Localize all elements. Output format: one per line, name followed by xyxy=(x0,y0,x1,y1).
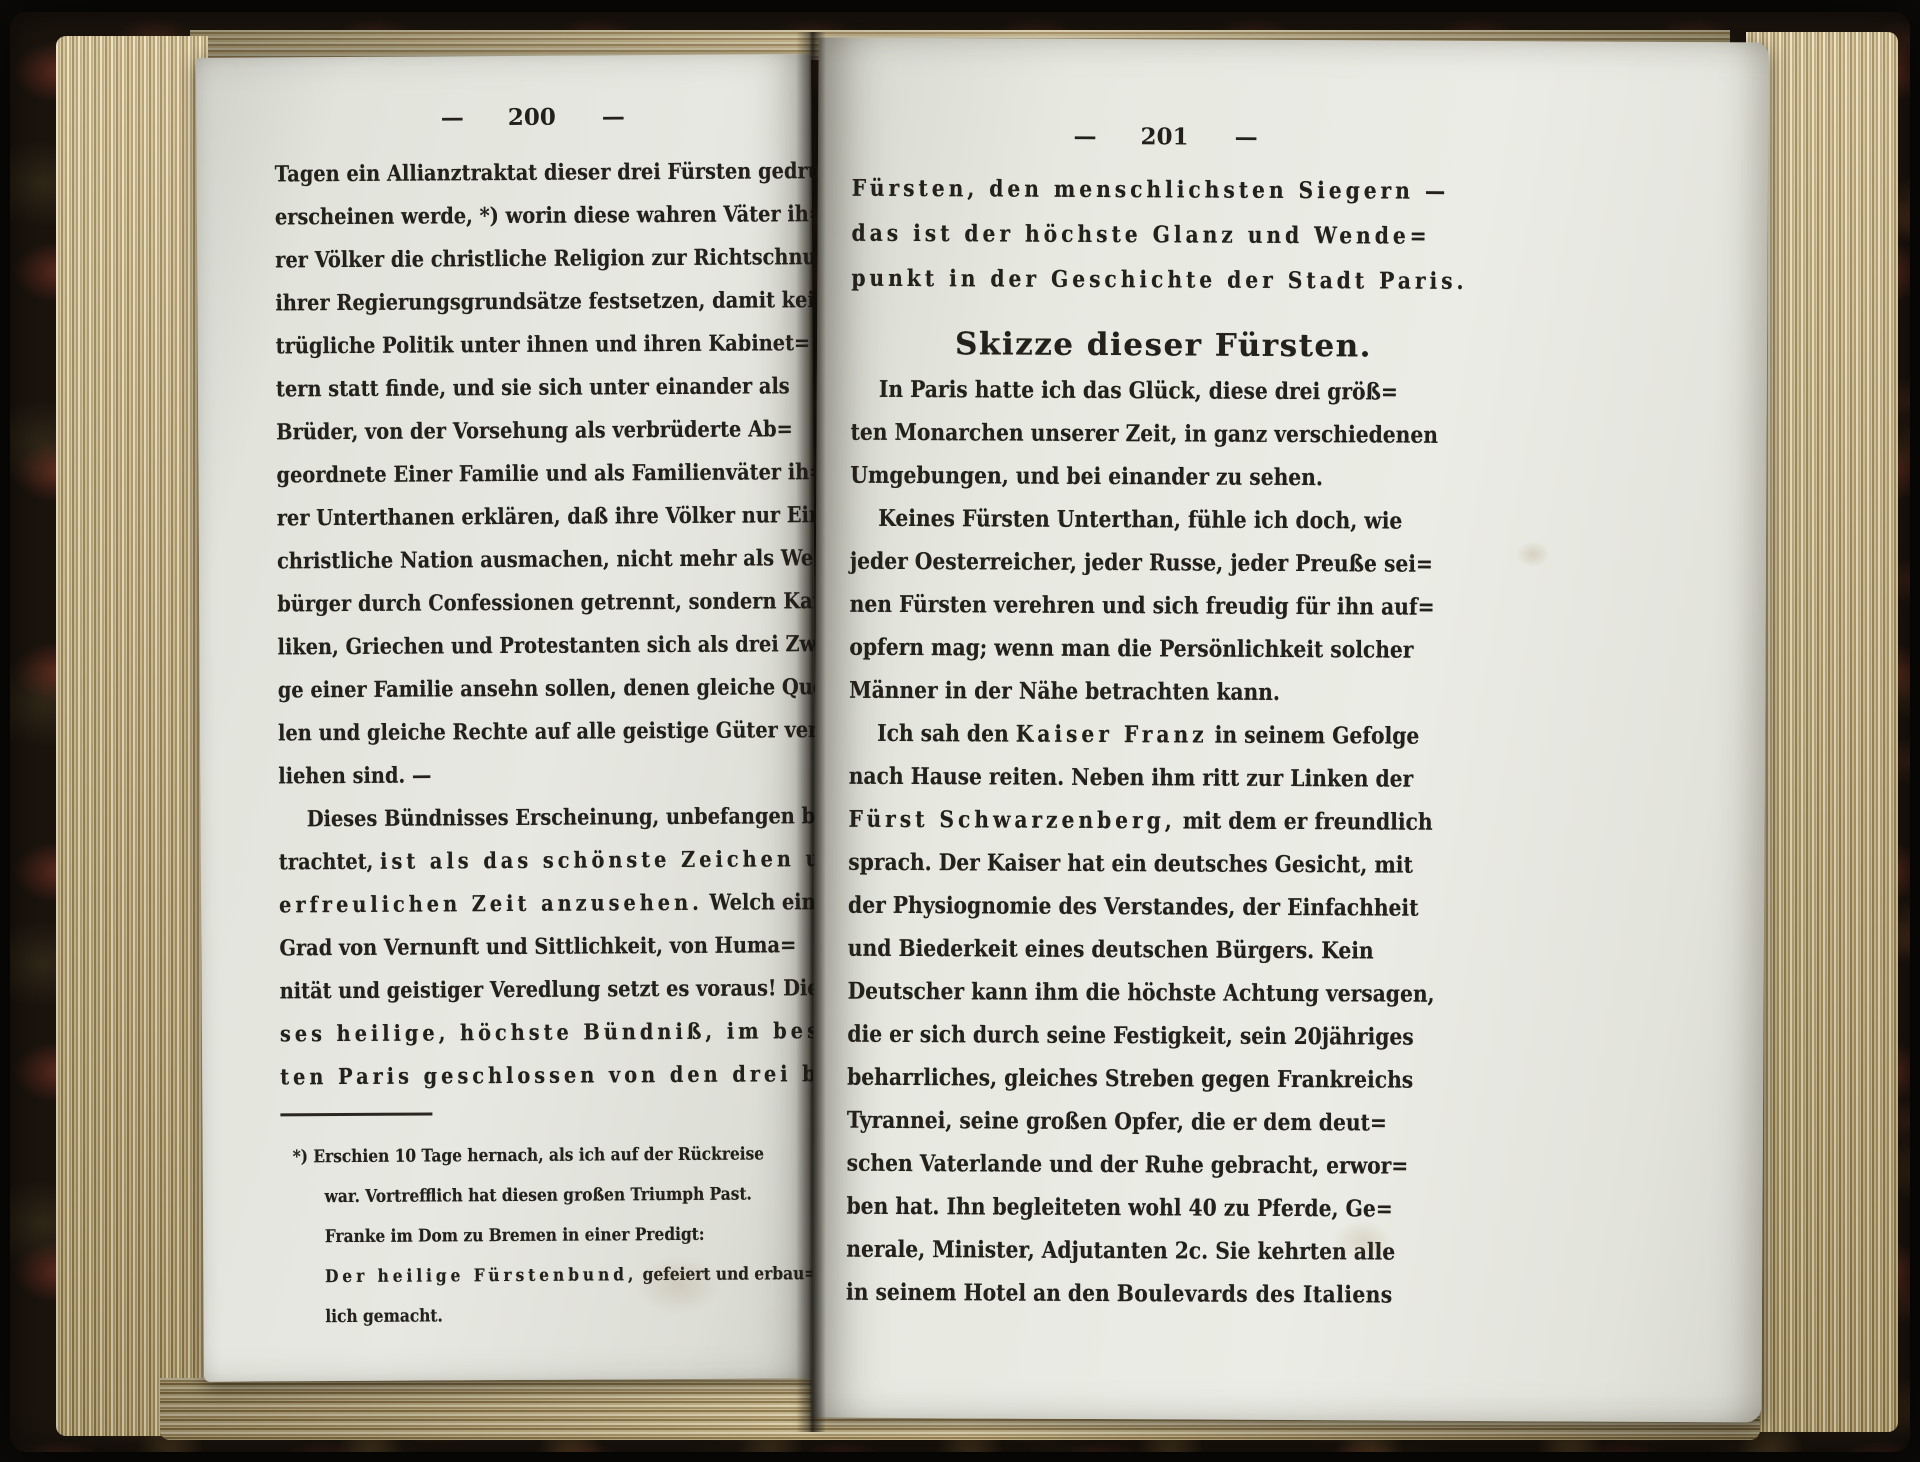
text-segment: Dieses Bündnisses Erscheinung, unbefange… xyxy=(307,803,844,832)
text-segment: gefeiert und erbau= xyxy=(637,1264,817,1285)
left-page-footnote: *) Erschien 10 Tage hernach, als ich auf… xyxy=(293,1134,780,1337)
header-dash: — xyxy=(1235,124,1256,151)
text-segment: trachtet, xyxy=(279,849,380,876)
text-segment: len und gleiche Rechte auf alle geistige… xyxy=(278,717,835,746)
text-segment: tern statt finde, und sie sich unter ein… xyxy=(276,373,790,402)
page-edges-left xyxy=(56,36,208,1436)
text-line: erfreulichen Zeit anzusehen. Welch einen xyxy=(279,882,732,928)
paper-stain xyxy=(1516,541,1550,567)
text-line: punkt in der Geschichte der Stadt Paris. xyxy=(851,256,1401,304)
right-page-header: — 201 — xyxy=(852,122,1477,152)
text-line: Der heilige Fürstenbund, gefeiert und er… xyxy=(293,1255,721,1298)
right-page-number: 201 xyxy=(1141,123,1189,150)
text-segment: liken, Griechen und Protestanten sich al… xyxy=(277,631,852,661)
text-segment: erfreulichen Zeit anzusehen. xyxy=(279,890,703,919)
text-segment: Ich sah den xyxy=(877,720,1016,748)
text-segment: in seinem Gefolge xyxy=(1208,722,1420,750)
text-line: tern statt finde, und sie sich unter ein… xyxy=(276,366,729,412)
text-segment: Männer in der Nähe betrachten kann. xyxy=(849,677,1280,706)
text-line: rer Unterthanen erklären, daß ihre Völke… xyxy=(277,495,730,541)
text-segment: bürger durch Confessionen getrennt, sond… xyxy=(277,588,865,618)
text-segment: erscheinen werde, *) worin diese wahren … xyxy=(275,201,825,230)
text-segment: ten Monarchen unserer Zeit, in ganz vers… xyxy=(850,419,1438,449)
left-page-body: Tagen ein Allianztraktat dieser drei Für… xyxy=(275,150,796,1099)
text-segment: war. Vortrefflich hat diesen großen Triu… xyxy=(325,1185,752,1208)
text-segment: Grad von Vernunft und Sittlichkeit, von … xyxy=(279,932,796,961)
text-segment: rer Unterthanen erklären, daß ihre Völke… xyxy=(277,502,836,531)
text-line: die er sich durch seine Festigkeit, sein… xyxy=(847,1013,1397,1059)
text-line: ge einer Familie ansehn sollen, denen gl… xyxy=(278,667,731,713)
text-line: Fürst Schwarzenberg, mit dem er freundli… xyxy=(848,798,1398,844)
text-line: in seinem Hotel an den Boulevards des It… xyxy=(846,1271,1396,1317)
text-segment: Kaiser Franz xyxy=(1016,721,1208,749)
text-line: nen Fürsten verehren und sich freudig fü… xyxy=(850,583,1400,629)
text-line: ten Paris geschlossen von den drei beste… xyxy=(280,1054,733,1100)
text-line: Dieses Bündnisses Erscheinung, unbefange… xyxy=(278,796,731,842)
text-line: Franke im Dom zu Bremen in einer Predigt… xyxy=(293,1215,721,1258)
header-dash: — xyxy=(1074,123,1095,150)
footnote-rule xyxy=(280,1112,432,1116)
right-page-body: In Paris hatte ich das Glück, diese drei… xyxy=(846,368,1476,1317)
text-line: Fürsten, den menschlichsten Siegern — xyxy=(852,166,1402,214)
text-segment: mit dem er freundlich xyxy=(1176,807,1433,835)
text-segment: *) Erschien 10 Tage hernach, als ich auf… xyxy=(293,1144,765,1167)
text-line: das ist der höchste Glanz und Wende= xyxy=(851,211,1401,259)
text-line: In Paris hatte ich das Glück, diese drei… xyxy=(851,368,1401,414)
text-segment: schen Vaterlande und der Ruhe gebracht, … xyxy=(847,1150,1409,1180)
text-segment: Tagen ein Allianztraktat dieser drei Für… xyxy=(275,158,856,188)
text-line: nerale, Minister, Adjutanten 2c. Sie keh… xyxy=(846,1228,1396,1274)
text-segment: punkt in der Geschichte der Stadt Paris. xyxy=(851,265,1467,295)
text-line: nach Hause reiten. Neben ihm ritt zur Li… xyxy=(849,755,1399,801)
text-segment: Der heilige Fürstenbund, xyxy=(325,1265,637,1287)
text-segment: christliche Nation ausmachen, nicht mehr… xyxy=(277,545,846,574)
section-heading: Skizze dieser Fürsten. xyxy=(851,326,1476,365)
text-line: len und gleiche Rechte auf alle geistige… xyxy=(278,710,731,756)
left-page-header: — 200 — xyxy=(274,102,789,132)
text-line: sprach. Der Kaiser hat ein deutsches Ges… xyxy=(848,841,1398,887)
left-page: — 200 — Tagen ein Allianztraktat dieser … xyxy=(196,54,819,1382)
text-line: *) Erschien 10 Tage hernach, als ich auf… xyxy=(293,1135,721,1178)
text-segment: trügliche Politik unter ihnen und ihren … xyxy=(276,330,811,359)
text-line: und Biederkeit eines deutschen Bürgers. … xyxy=(848,927,1398,973)
book-cover: — 200 — Tagen ein Allianztraktat dieser … xyxy=(10,12,1910,1452)
right-page-intro: Fürsten, den menschlichsten Siegern —das… xyxy=(851,166,1477,304)
text-segment: Umgebungen, und bei einander zu sehen. xyxy=(850,462,1323,491)
text-segment: jeder Oesterreicher, jeder Russe, jeder … xyxy=(850,548,1433,578)
text-line: Brüder, von der Vorsehung als verbrüdert… xyxy=(276,409,729,455)
text-segment: nen Fürsten verehren und sich freudig fü… xyxy=(850,591,1435,621)
text-segment: und Biederkeit eines deutschen Bürgers. … xyxy=(848,935,1374,965)
text-segment: lich gemacht. xyxy=(325,1306,443,1327)
text-line: war. Vortrefflich hat diesen großen Triu… xyxy=(293,1175,721,1218)
book-gutter-shadow xyxy=(796,32,826,1432)
text-segment: der Physiognomie des Verstandes, der Ein… xyxy=(848,892,1419,922)
text-line: trachtet, ist als das schönste Zeichen u… xyxy=(279,839,732,885)
text-line: Grad von Vernunft und Sittlichkeit, von … xyxy=(279,925,732,971)
text-line: Tyrannei, seine großen Opfer, die er dem… xyxy=(847,1099,1397,1145)
text-line: opfern mag; wenn man die Persönlichkeit … xyxy=(849,626,1399,672)
text-line: Umgebungen, und bei einander zu sehen. xyxy=(850,454,1400,500)
text-segment: Brüder, von der Vorsehung als verbrüdert… xyxy=(276,416,793,445)
text-segment: ben hat. Ihn begleiteten wohl 40 zu Pfer… xyxy=(846,1193,1392,1223)
header-dash: — xyxy=(441,104,462,131)
text-segment: Keines Fürsten Unterthan, fühle ich doch… xyxy=(878,505,1402,535)
text-line: Keines Fürsten Unterthan, fühle ich doch… xyxy=(850,497,1400,543)
photo-backdrop: — 200 — Tagen ein Allianztraktat dieser … xyxy=(0,0,1920,1462)
text-line: Männer in der Nähe betrachten kann. xyxy=(849,669,1399,715)
text-segment: Deutscher kann ihm die höchste Achtung v… xyxy=(848,978,1435,1008)
text-line: Tagen ein Allianztraktat dieser drei Für… xyxy=(275,151,728,197)
text-line: ben hat. Ihn begleiteten wohl 40 zu Pfer… xyxy=(846,1185,1396,1231)
text-line: nität und geistiger Veredlung setzt es v… xyxy=(280,968,733,1014)
text-line: rer Völker die christliche Religion zur … xyxy=(275,237,728,283)
text-segment: sprach. Der Kaiser hat ein deutsches Ges… xyxy=(848,849,1413,879)
left-page-number: 200 xyxy=(508,104,556,131)
text-segment: die er sich durch seine Festigkeit, sein… xyxy=(847,1021,1413,1051)
text-line: trügliche Politik unter ihnen und ihren … xyxy=(276,323,729,369)
text-line: schen Vaterlande und der Ruhe gebracht, … xyxy=(847,1142,1397,1188)
text-segment: ge einer Familie ansehn sollen, denen gl… xyxy=(278,674,849,703)
text-segment: nerale, Minister, Adjutanten 2c. Sie keh… xyxy=(846,1236,1395,1266)
text-line: christliche Nation ausmachen, nicht mehr… xyxy=(277,538,730,584)
text-line: liken, Griechen und Protestanten sich al… xyxy=(277,624,730,670)
text-segment: Fürst Schwarzenberg, xyxy=(848,806,1175,835)
text-line: Ich sah den Kaiser Franz in seinem Gefol… xyxy=(849,712,1399,758)
text-segment: nach Hause reiten. Neben ihm ritt zur Li… xyxy=(849,763,1414,793)
text-line: beharrliches, gleiches Streben gegen Fra… xyxy=(847,1056,1397,1102)
text-line: jeder Oesterreicher, jeder Russe, jeder … xyxy=(850,540,1400,586)
right-page: — 201 — Fürsten, den menschlichsten Sieg… xyxy=(811,38,1768,1423)
text-segment: rer Völker die christliche Religion zur … xyxy=(275,244,827,273)
text-segment: beharrliches, gleiches Streben gegen Fra… xyxy=(847,1064,1413,1094)
text-segment: Fürsten, den menschlichsten Siegern — xyxy=(852,175,1449,205)
text-line: liehen sind. — xyxy=(278,753,731,799)
text-segment: in seinem Hotel an den xyxy=(846,1279,1117,1307)
text-line: lich gemacht. xyxy=(294,1295,722,1338)
text-line: ses heilige, höchste Bündniß, im besieg= xyxy=(280,1011,733,1057)
text-segment: Boulevards des Italiens xyxy=(1117,1280,1393,1308)
page-edges-right xyxy=(1746,32,1898,1432)
text-line: erscheinen werde, *) worin diese wahren … xyxy=(275,194,728,240)
text-segment: ihrer Regierungsgrundsätze festsetzen, d… xyxy=(275,287,841,316)
text-segment: das ist der höchste Glanz und Wende= xyxy=(852,220,1431,250)
header-dash: — xyxy=(602,103,623,130)
text-line: Deutscher kann ihm die höchste Achtung v… xyxy=(848,970,1398,1016)
text-line: geordnete Einer Familie und als Familien… xyxy=(276,452,729,498)
text-segment: Franke im Dom zu Bremen in einer Predigt… xyxy=(325,1225,705,1247)
text-segment: geordnete Einer Familie und als Familien… xyxy=(276,459,825,488)
text-segment: In Paris hatte ich das Glück, diese drei… xyxy=(879,376,1398,406)
text-segment: liehen sind. — xyxy=(278,762,431,789)
text-line: ihrer Regierungsgrundsätze festsetzen, d… xyxy=(275,280,728,326)
text-segment: nität und geistiger Veredlung setzt es v… xyxy=(280,975,836,1004)
text-line: bürger durch Confessionen getrennt, sond… xyxy=(277,581,730,627)
text-segment: opfern mag; wenn man die Persönlichkeit … xyxy=(849,634,1413,664)
text-line: der Physiognomie des Verstandes, der Ein… xyxy=(848,884,1398,930)
text-line: ten Monarchen unserer Zeit, in ganz vers… xyxy=(850,411,1400,457)
text-segment: Tyrannei, seine großen Opfer, die er dem… xyxy=(847,1107,1387,1137)
